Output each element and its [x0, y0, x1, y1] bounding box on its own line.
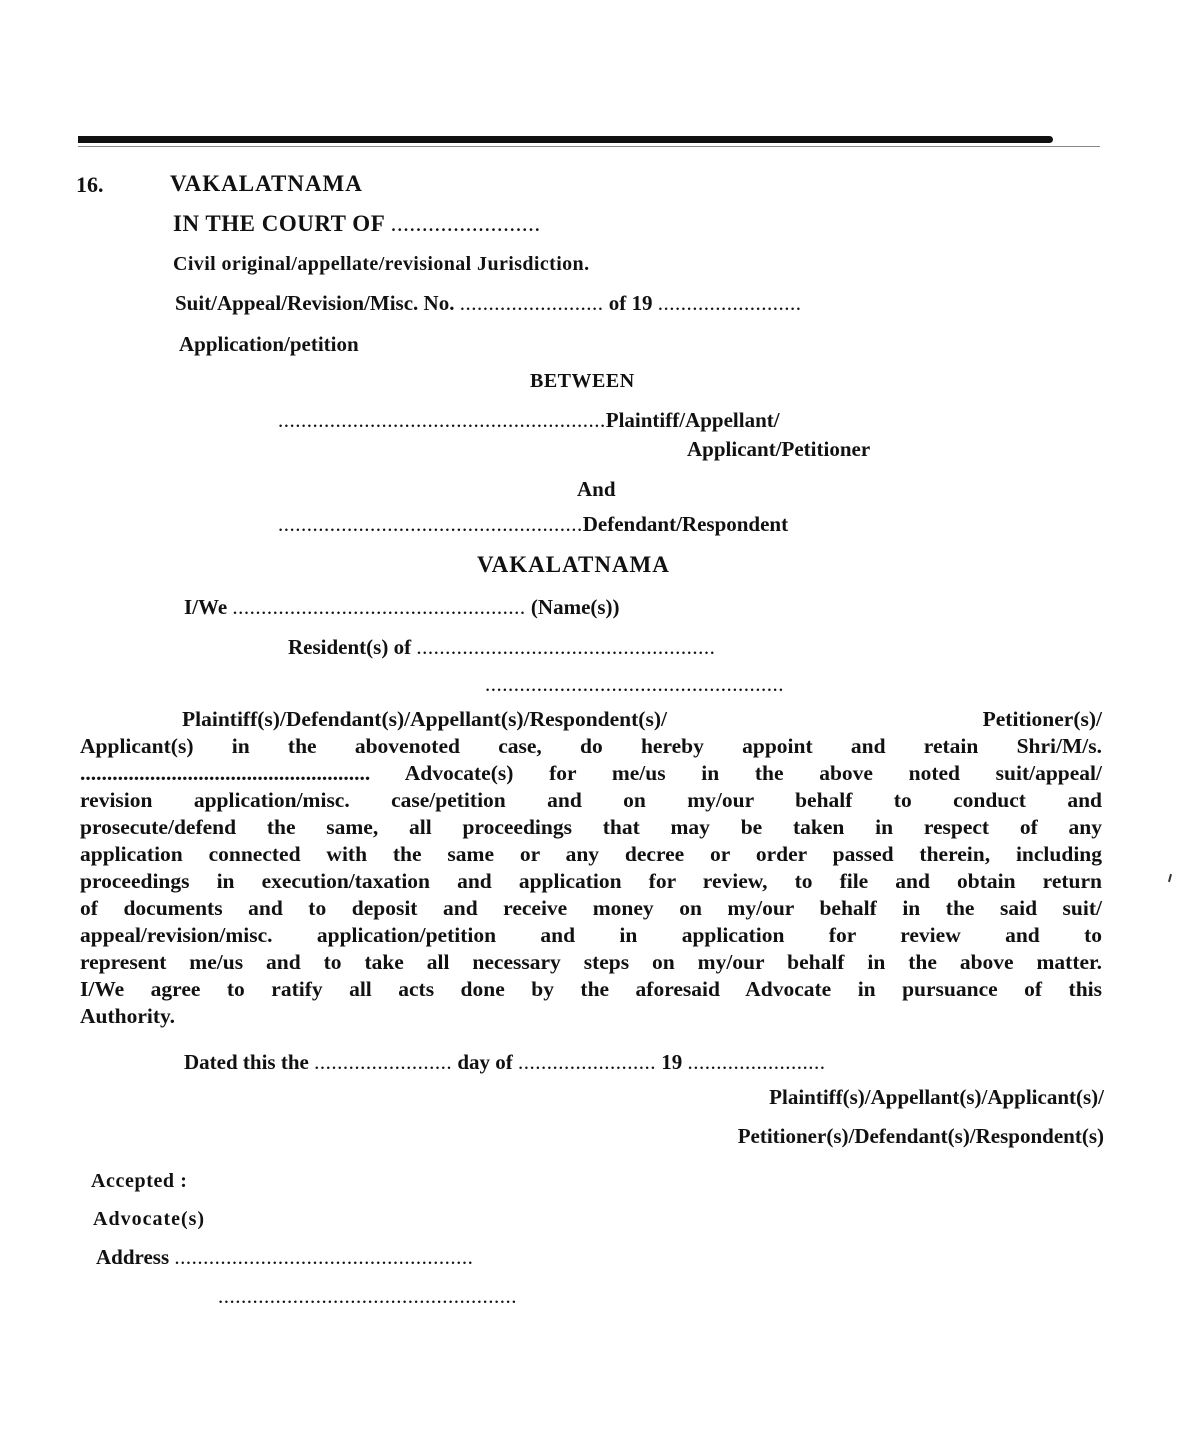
dated-line: Dated this the ........................ … — [184, 1050, 826, 1075]
and-separator: And — [577, 477, 616, 502]
top-rule-thin — [78, 146, 1100, 147]
body-line: Authority. — [80, 1003, 1102, 1030]
suit-label: Suit/Appeal/Revision/Misc. No. — [175, 291, 454, 315]
defendant-blank: ........................................… — [278, 512, 583, 536]
body-line: Plaintiff(s)/Defendant(s)/Appellant(s)/R… — [80, 706, 1102, 733]
court-blank: ........................ — [391, 211, 541, 236]
body-line: appeal/revision/misc. application/petiti… — [80, 922, 1102, 949]
body-line: ........................................… — [80, 760, 1102, 787]
body-paragraph: Plaintiff(s)/Defendant(s)/Appellant(s)/R… — [80, 706, 1102, 1030]
body-line: application connected with the same or a… — [80, 841, 1102, 868]
year-blank: ......................... — [658, 291, 802, 315]
top-rule — [78, 136, 1053, 143]
court-line: IN THE COURT OF ........................ — [173, 211, 541, 237]
body-line: prosecute/defend the same, all proceedin… — [80, 814, 1102, 841]
plaintiff-line: ........................................… — [278, 408, 780, 433]
body-line: Applicant(s) in the abovenoted case, do … — [80, 733, 1102, 760]
vakalatnama-heading: VAKALATNAMA — [477, 552, 670, 578]
body-line: revision application/misc. case/petition… — [80, 787, 1102, 814]
defendant-label: Defendant/Respondent — [583, 512, 788, 536]
dated-year-blank: ........................ — [688, 1050, 826, 1074]
body-line: proceedings in execution/taxation and ap… — [80, 868, 1102, 895]
suit-blank: ......................... — [460, 291, 604, 315]
names-line: I/We ...................................… — [184, 595, 620, 620]
address-blank-2: ........................................… — [218, 1284, 517, 1309]
resident-line: Resident(s) of .........................… — [288, 635, 715, 660]
plaintiff-label: Plaintiff/Appellant/ — [606, 408, 780, 432]
application-petition-line: Application/petition — [179, 332, 359, 357]
jurisdiction-line: Civil original/appellate/revisional Juri… — [173, 253, 589, 276]
resident-blank-1: ........................................… — [416, 635, 715, 659]
signature-label-line1: Plaintiff(s)/Appellant(s)/Applicant(s)/ — [769, 1085, 1104, 1110]
body-line: of documents and to deposit and receive … — [80, 895, 1102, 922]
dated-month-blank: ........................ — [518, 1050, 656, 1074]
signature-label-line2: Petitioner(s)/Defendant(s)/Respondent(s) — [738, 1124, 1104, 1149]
year-label: of 19 — [609, 291, 653, 315]
address-line: Address ................................… — [96, 1245, 473, 1270]
dated-year-label: 19 — [661, 1050, 682, 1074]
address-blank-1: ........................................… — [174, 1245, 473, 1269]
body-line: I/We agree to ratify all acts done by th… — [80, 976, 1102, 1003]
address-label: Address — [96, 1245, 169, 1269]
resident-blank-2: ........................................… — [485, 672, 784, 697]
defendant-line: ........................................… — [278, 512, 788, 537]
dated-label: Dated this the — [184, 1050, 309, 1074]
suit-line: Suit/Appeal/Revision/Misc. No. .........… — [175, 291, 801, 316]
court-label: IN THE COURT OF — [173, 211, 384, 236]
day-of-label: day of — [457, 1050, 512, 1074]
name-label: (Name(s)) — [531, 595, 620, 619]
section-number: 16. — [76, 172, 104, 198]
dated-day-blank: ........................ — [314, 1050, 452, 1074]
resident-label: Resident(s) of — [288, 635, 411, 659]
plaintiff-blank: ........................................… — [278, 408, 606, 432]
advocate-label: Advocate(s) — [93, 1208, 205, 1231]
plaintiff-label-line2: Applicant/Petitioner — [687, 437, 870, 462]
body-line: represent me/us and to take all necessar… — [80, 949, 1102, 976]
iwe-label: I/We — [184, 595, 227, 619]
name-blank: ........................................… — [232, 595, 525, 619]
scan-speck — [1168, 874, 1172, 882]
accepted-label: Accepted : — [91, 1170, 188, 1193]
between-heading: BETWEEN — [530, 370, 635, 393]
document-title: VAKALATNAMA — [170, 171, 363, 197]
